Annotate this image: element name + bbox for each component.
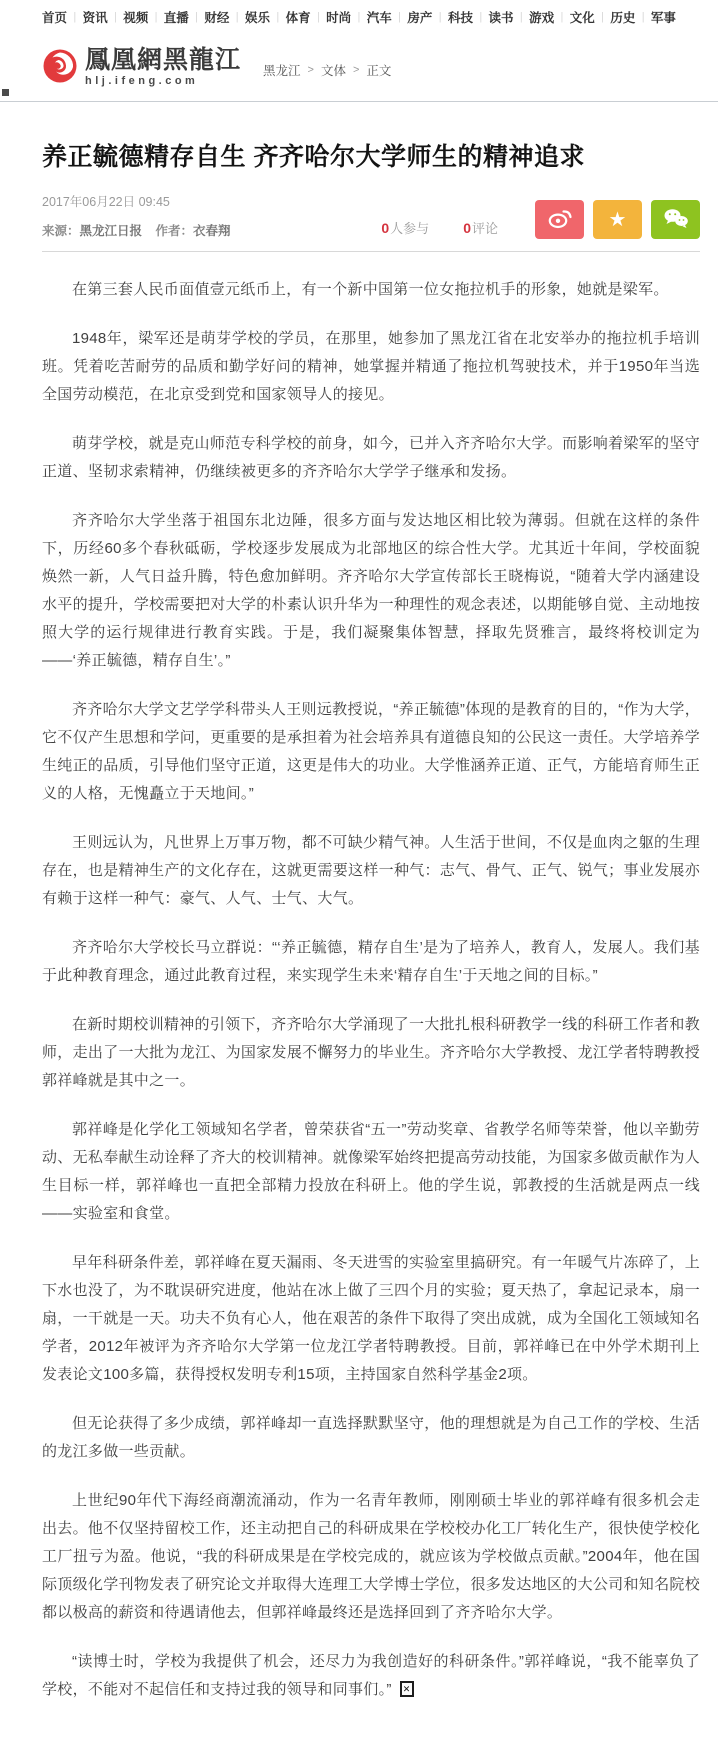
share-buttons: ★ — [526, 200, 700, 239]
nav-item[interactable]: 视频 — [123, 8, 148, 26]
article-meta: 2017年06月22日 09:45 来源：黑龙江日报 作者：衣春翔 0人参与 0… — [42, 192, 700, 239]
site-logo-domain: hlj.ifeng.com — [85, 76, 241, 87]
breadcrumb: 黑龙江 > 文体 > 正文 — [263, 61, 391, 79]
separator: | — [73, 11, 76, 23]
article-paragraph: 郭祥峰是化学化工领域知名学者，曾荣获省“五一”劳动奖章、省教学名师等荣誉，他以辛… — [42, 1116, 700, 1228]
star-icon: ★ — [609, 210, 627, 230]
page-edge-marker — [2, 89, 9, 96]
breadcrumb-item[interactable]: 正文 — [366, 61, 391, 79]
article-paragraph: 上世纪90年代下海经商潮流涌动，作为一名青年教师，刚刚硕士毕业的郭祥峰有很多机会… — [42, 1487, 700, 1627]
weibo-share-button[interactable] — [535, 200, 584, 239]
separator: | — [276, 11, 279, 23]
nav-item[interactable]: 时尚 — [326, 8, 351, 26]
meta-divider — [42, 251, 700, 252]
site-logo-title: 鳳凰網黑龍江 — [85, 48, 241, 73]
article-source-line: 来源：黑龙江日报 作者：衣春翔 — [42, 221, 347, 239]
comments-stat[interactable]: 0评论 — [463, 218, 498, 237]
wechat-icon — [662, 206, 690, 233]
header-divider — [0, 101, 718, 102]
site-header: 鳳凰網黑龍江 hlj.ifeng.com 黑龙江 > 文体 > 正文 — [42, 48, 676, 87]
nav-item[interactable]: 文化 — [570, 8, 595, 26]
nav-item[interactable]: 首页 — [42, 8, 67, 26]
nav-item[interactable]: 体育 — [286, 8, 311, 26]
top-nav: 首页 | 资讯 | 视频 | 直播 | 财经 | 娱乐 | 体育 | 时尚 | … — [0, 0, 718, 26]
article-paragraph: 萌芽学校，就是克山师范专科学校的前身，如今，已并入齐齐哈尔大学。而影响着梁军的坚… — [42, 430, 700, 486]
article-paragraph: 在第三套人民币面值壹元纸币上，有一个新中国第一位女拖拉机手的形象，她就是梁军。 — [42, 276, 700, 304]
article-paragraph: 在新时期校训精神的引领下，齐齐哈尔大学涌现了一大批扎根科研教学一线的科研工作者和… — [42, 1011, 700, 1095]
nav-item[interactable]: 资讯 — [83, 8, 108, 26]
separator: | — [642, 11, 645, 23]
nav-item[interactable]: 房产 — [407, 8, 432, 26]
article-title: 养正毓德精存自生 齐齐哈尔大学师生的精神追求 — [42, 140, 700, 174]
separator: | — [561, 11, 564, 23]
article-paragraph: 齐齐哈尔大学校长马立群说：“‘养正毓德，精存自生’是为了培养人，教育人，发展人。… — [42, 934, 700, 990]
nav-item[interactable]: 军事 — [651, 8, 676, 26]
separator: | — [439, 11, 442, 23]
nav-item[interactable]: 科技 — [448, 8, 473, 26]
separator: | — [195, 11, 198, 23]
author-name: 衣春翔 — [193, 224, 231, 238]
separator: | — [317, 11, 320, 23]
separator: > — [353, 64, 359, 76]
article-paragraph: “读博士时，学校为我提供了机会，还尽力为我创造好的科研条件。”郭祥峰说，“我不能… — [42, 1648, 700, 1704]
article-paragraph: 早年科研条件差，郭祥峰在夏天漏雨、冬天进雪的实验室里搞研究。有一年暖气片冻碎了，… — [42, 1249, 700, 1389]
phoenix-logo-icon — [42, 48, 78, 84]
article-body: 在第三套人民币面值壹元纸币上，有一个新中国第一位女拖拉机手的形象，她就是梁军。 … — [42, 276, 700, 1704]
broken-image-icon — [400, 1681, 414, 1697]
star-share-button[interactable]: ★ — [593, 200, 642, 239]
separator: | — [601, 11, 604, 23]
weibo-icon — [547, 206, 573, 233]
top-nav-items: 首页 | 资讯 | 视频 | 直播 | 财经 | 娱乐 | 体育 | 时尚 | … — [42, 8, 676, 26]
breadcrumb-item[interactable]: 文体 — [321, 61, 346, 79]
author-label: 作者： — [156, 224, 194, 238]
article: 养正毓德精存自生 齐齐哈尔大学师生的精神追求 2017年06月22日 09:45… — [0, 140, 718, 1755]
separator: | — [479, 11, 482, 23]
nav-item[interactable]: 游戏 — [529, 8, 554, 26]
nav-item[interactable]: 读书 — [489, 8, 514, 26]
article-stats: 0人参与 0评论 — [347, 218, 498, 237]
separator: > — [308, 64, 314, 76]
article-paragraph: 齐齐哈尔大学坐落于祖国东北边陲，很多方面与发达地区相比较为薄弱。但就在这样的条件… — [42, 507, 700, 675]
separator: | — [236, 11, 239, 23]
source-label: 来源： — [42, 224, 80, 238]
separator: | — [155, 11, 158, 23]
nav-item[interactable]: 历史 — [610, 8, 635, 26]
article-date: 2017年06月22日 09:45 — [42, 192, 347, 210]
nav-item[interactable]: 直播 — [164, 8, 189, 26]
article-paragraph: 1948年，梁军还是萌芽学校的学员，在那里，她参加了黑龙江省在北安举办的拖拉机手… — [42, 325, 700, 409]
article-paragraph: 齐齐哈尔大学文艺学学科带头人王则远教授说，“养正毓德”体现的是教育的目的，“作为… — [42, 696, 700, 808]
separator: | — [520, 11, 523, 23]
nav-item[interactable]: 娱乐 — [245, 8, 270, 26]
article-paragraph: 王则远认为，凡世界上万事万物，都不可缺少精气神。人生活于世间，不仅是血肉之躯的生… — [42, 829, 700, 913]
separator: | — [398, 11, 401, 23]
nav-item[interactable]: 财经 — [204, 8, 229, 26]
nav-item[interactable]: 汽车 — [367, 8, 392, 26]
article-paragraph: 但无论获得了多少成绩，郭祥峰却一直选择默默坚守，他的理想就是为自己工作的学校、生… — [42, 1410, 700, 1466]
source-name[interactable]: 黑龙江日报 — [80, 224, 143, 238]
breadcrumb-item[interactable]: 黑龙江 — [263, 61, 301, 79]
separator: | — [358, 11, 361, 23]
participants-stat[interactable]: 0人参与 — [381, 218, 429, 237]
wechat-share-button[interactable] — [651, 200, 700, 239]
separator: | — [114, 11, 117, 23]
site-logo[interactable]: 鳳凰網黑龍江 hlj.ifeng.com — [42, 48, 241, 87]
